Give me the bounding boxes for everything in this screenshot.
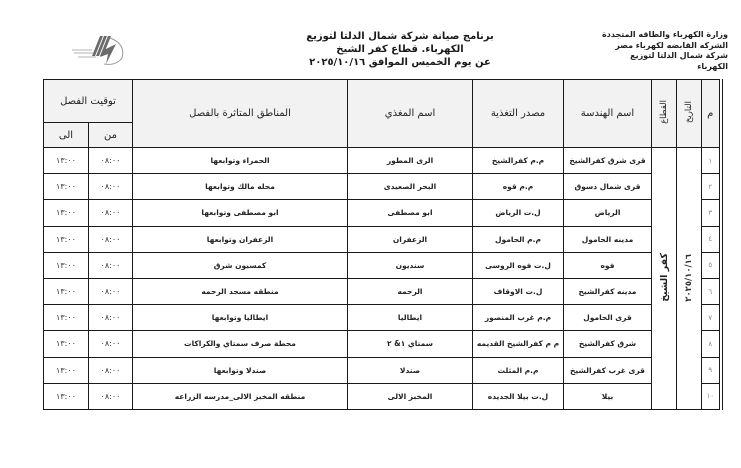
header-time: توقيت الفصل: [44, 80, 133, 123]
title-line-2: عن يوم الخميس الموافق ٢٠٢٥/١٠/١٦: [290, 56, 510, 69]
header-from: من: [89, 123, 133, 148]
header-areas: المناطق المتاثرة بالفصل: [133, 80, 348, 148]
from-cell: ٠٨:٠٠: [89, 383, 133, 409]
header-date: التاريخ: [677, 80, 702, 148]
to-cell: ١٣:٠٠: [44, 305, 89, 331]
areas-cell: الزعفران وتوابعها: [133, 226, 348, 252]
from-cell: ٠٨:٠٠: [89, 331, 133, 357]
source-cell: م.م قوه: [473, 174, 564, 200]
to-cell: ١٣:٠٠: [44, 331, 89, 357]
areas-cell: الحمراء وتوابعها: [133, 148, 348, 174]
engineering-cell: بيلا: [564, 383, 652, 409]
table-row: ٧ قرى الحامول م.م غرب المنصور ايطاليا اي…: [44, 305, 721, 331]
row-num: ١: [702, 148, 721, 174]
areas-cell: صندلا وتوابعها: [133, 357, 348, 383]
row-num: ٨: [702, 331, 721, 357]
source-cell: ل.ت الاوقاف: [473, 278, 564, 304]
feeder-cell: ايطاليا: [348, 305, 473, 331]
feeder-cell: صندلا: [348, 357, 473, 383]
from-cell: ٠٨:٠٠: [89, 278, 133, 304]
org-line-3: شركة شمال الدلتا لتوزيع الكهرباء: [600, 51, 728, 72]
row-num: ٥: [702, 252, 721, 278]
feeder-cell: المخبز الالى: [348, 383, 473, 409]
from-cell: ٠٨:٠٠: [89, 252, 133, 278]
header-feeder: اسم المغذي: [348, 80, 473, 148]
engineering-cell: مدينه كفرالشيخ: [564, 278, 652, 304]
source-cell: م.م غرب المنصور: [473, 305, 564, 331]
title-line-1: برنامج صيانة شركة شمال الدلتا لتوزيع الك…: [290, 30, 510, 56]
row-num: ١٠: [702, 383, 721, 409]
areas-cell: محله مالك وتوابعها: [133, 174, 348, 200]
row-num: ٤: [702, 226, 721, 252]
to-cell: ١٣:٠٠: [44, 252, 89, 278]
from-cell: ٠٨:٠٠: [89, 357, 133, 383]
to-cell: ١٣:٠٠: [44, 383, 89, 409]
maintenance-schedule-table: م التاريخ القطاع اسم الهندسة مصدر التغذي…: [43, 79, 723, 410]
to-cell: ١٣:٠٠: [44, 357, 89, 383]
source-cell: ل.ت الرياض: [473, 200, 564, 226]
organization-block: وزارة الكهرباء والطاقه المتجددة الشركه ا…: [600, 30, 728, 72]
engineering-cell: شرق كفرالشيخ: [564, 331, 652, 357]
table-row: ٦ مدينه كفرالشيخ ل.ت الاوقاف الرحمه منطق…: [44, 278, 721, 304]
header-engineering: اسم الهندسة: [564, 80, 652, 148]
to-cell: ١٣:٠٠: [44, 148, 89, 174]
areas-cell: ايطاليا وتوابعها: [133, 305, 348, 331]
from-cell: ٠٨:٠٠: [89, 305, 133, 331]
to-cell: ١٣:٠٠: [44, 278, 89, 304]
sector-cell: كفر الشيخ: [652, 148, 677, 410]
areas-cell: كمسيون شرق: [133, 252, 348, 278]
table-row: ٤ مدينه الحامول م.م الحامول الزعفران الز…: [44, 226, 721, 252]
feeder-cell: الرحمه: [348, 278, 473, 304]
areas-cell: منطقه مسجد الرحمه: [133, 278, 348, 304]
from-cell: ٠٨:٠٠: [89, 174, 133, 200]
source-cell: ل.ت فوه الروسى: [473, 252, 564, 278]
table-row: ١ ٢٠٢٥/١٠/١٦ كفر الشيخ قرى شرق كفرالشيخ …: [44, 148, 721, 174]
source-cell: م.م الحامول: [473, 226, 564, 252]
source-cell: م م كفرالشيخ القديمه: [473, 331, 564, 357]
row-num: ٧: [702, 305, 721, 331]
from-cell: ٠٨:٠٠: [89, 200, 133, 226]
document-title: برنامج صيانة شركة شمال الدلتا لتوزيع الك…: [290, 30, 510, 69]
engineering-cell: قرى غرب كفرالشيخ: [564, 357, 652, 383]
to-cell: ١٣:٠٠: [44, 200, 89, 226]
areas-cell: منطقه المخبز الالى_مدرسه الزراعه: [133, 383, 348, 409]
row-num: ٢: [702, 174, 721, 200]
engineering-cell: قرى شرق كفرالشيخ: [564, 148, 652, 174]
row-num: ٣: [702, 200, 721, 226]
to-cell: ١٣:٠٠: [44, 174, 89, 200]
header-source: مصدر التغذية: [473, 80, 564, 148]
org-line-2: الشركه القابضه لكهرباء مصر: [600, 41, 728, 52]
date-cell: ٢٠٢٥/١٠/١٦: [677, 148, 702, 410]
header-sector: القطاع: [652, 80, 677, 148]
engineering-cell: قرى الحامول: [564, 305, 652, 331]
table-row: ٣ الرياض ل.ت الرياض ابو مصطفى ابو مصطفى …: [44, 200, 721, 226]
from-cell: ٠٨:٠٠: [89, 148, 133, 174]
areas-cell: محطة صرف سمتاي والكراكات: [133, 331, 348, 357]
source-cell: م.م كفرالشيخ: [473, 148, 564, 174]
source-cell: م.م المثلث: [473, 357, 564, 383]
table-row: ٥ فوه ل.ت فوه الروسى سنديون كمسيون شرق ٠…: [44, 252, 721, 278]
table-row: ٨ شرق كفرالشيخ م م كفرالشيخ القديمه سمتا…: [44, 331, 721, 357]
engineering-cell: فوه: [564, 252, 652, 278]
row-num: ٦: [702, 278, 721, 304]
from-cell: ٠٨:٠٠: [89, 226, 133, 252]
row-num: ٩: [702, 357, 721, 383]
feeder-cell: ابو مصطفى: [348, 200, 473, 226]
engineering-cell: مدينه الحامول: [564, 226, 652, 252]
company-logo-icon: [70, 30, 132, 66]
feeder-cell: الزعفران: [348, 226, 473, 252]
feeder-cell: الرى المطور: [348, 148, 473, 174]
header-to: الى: [44, 123, 89, 148]
table-row: ١٠ بيلا ل.ت بيلا الجديده المخبز الالى من…: [44, 383, 721, 409]
org-line-1: وزارة الكهرباء والطاقه المتجددة: [600, 30, 728, 41]
engineering-cell: الرياض: [564, 200, 652, 226]
feeder-cell: سنديون: [348, 252, 473, 278]
header-num: م: [702, 80, 721, 148]
areas-cell: ابو مصطفى وتوابعها: [133, 200, 348, 226]
feeder-cell: البحر الصعيدى: [348, 174, 473, 200]
feeder-cell: سمتاي ١& ٢: [348, 331, 473, 357]
engineering-cell: قرى شمال دسوق: [564, 174, 652, 200]
source-cell: ل.ت بيلا الجديده: [473, 383, 564, 409]
table-row: ٩ قرى غرب كفرالشيخ م.م المثلث صندلا صندل…: [44, 357, 721, 383]
to-cell: ١٣:٠٠: [44, 226, 89, 252]
table-row: ٢ قرى شمال دسوق م.م قوه البحر الصعيدى مح…: [44, 174, 721, 200]
